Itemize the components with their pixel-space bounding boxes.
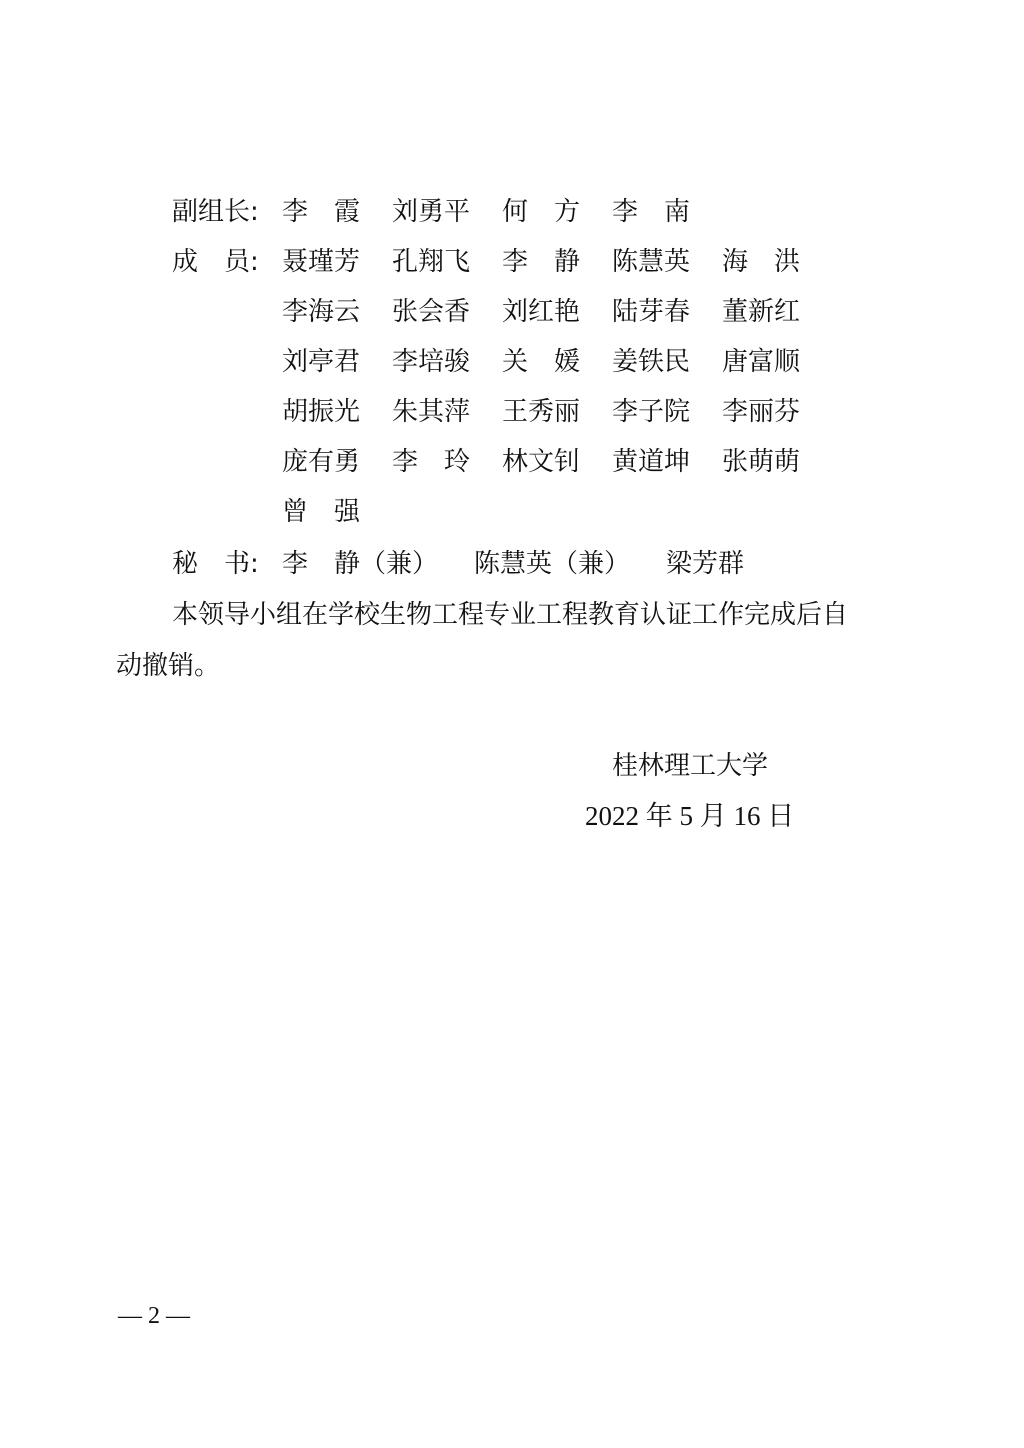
member-name: 庞有勇 [282,444,382,480]
signature-date: 2022 年 5 月 16 日 [585,798,794,834]
member-name: 曾 强 [282,494,382,530]
member-name: 李丽芬 [722,394,822,430]
closing-paragraph-line2: 动撤销。 [116,648,220,684]
member-name: 刘亭君 [282,344,382,380]
member-name: 李子院 [612,394,712,430]
member-name: 姜铁民 [612,344,712,380]
member-name: 黄道坤 [612,444,712,480]
member-name: 李海云 [282,294,382,330]
deputy-leader-name: 李 霞 [282,194,382,230]
member-name: 张萌萌 [722,444,822,480]
deputy-leaders-label: 副组长: [172,194,282,230]
member-name: 海 洪 [722,244,822,280]
member-name: 陆芽春 [612,294,712,330]
member-name: 朱其萍 [392,394,492,430]
secretary-name: 陈慧英（兼） [474,546,630,582]
secretary-name: 李 静（兼） [282,546,438,582]
deputy-leader-name: 李 南 [612,194,712,230]
member-name: 胡振光 [282,394,382,430]
deputy-leader-name: 何 方 [502,194,602,230]
page-number: — 2 — [118,1298,190,1334]
closing-paragraph-line1: 本领导小组在学校生物工程专业工程教育认证工作完成后自 [172,597,848,633]
member-name: 张会香 [392,294,492,330]
deputy-leader-name: 刘勇平 [392,194,492,230]
member-name: 王秀丽 [502,394,602,430]
member-name: 孔翔飞 [392,244,492,280]
member-name: 聂瑾芳 [282,244,382,280]
member-name: 林文钊 [502,444,602,480]
member-name: 唐富顺 [722,344,822,380]
member-name: 李培骏 [392,344,492,380]
secretaries-label: 秘 书: [172,546,282,582]
signature-organization: 桂林理工大学 [612,748,768,784]
member-name: 董新红 [722,294,822,330]
members-label: 成 员: [172,244,282,280]
member-name: 刘红艳 [502,294,602,330]
member-name: 陈慧英 [612,244,712,280]
member-name: 李 玲 [392,444,492,480]
member-name: 李 静 [502,244,602,280]
member-name: 关 媛 [502,344,602,380]
secretary-name: 梁芳群 [666,546,744,582]
